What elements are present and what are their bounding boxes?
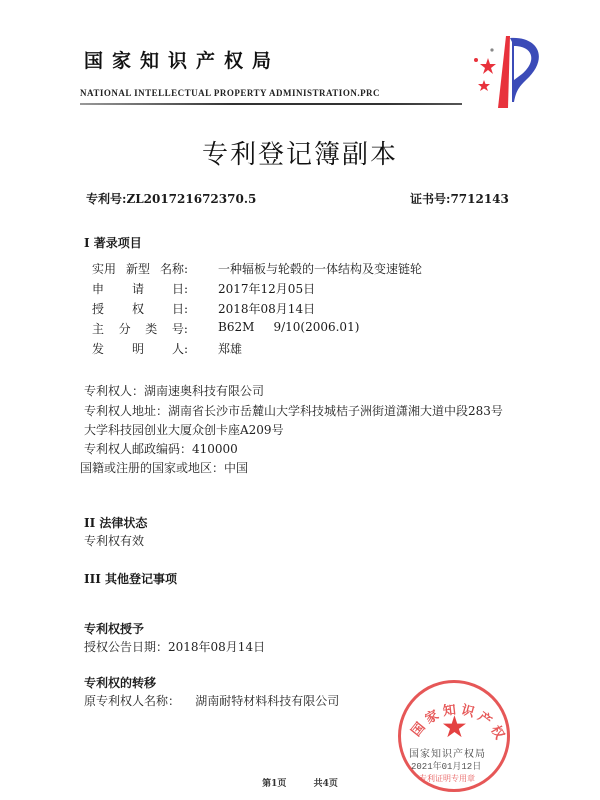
field-label: 申 请 日: (92, 280, 188, 297)
label-part: 号: (172, 320, 188, 337)
certificate-number-label: 证书号: (410, 192, 450, 206)
page-footer: 第1页 共4页 (0, 776, 600, 789)
label-part: 申 (92, 280, 104, 297)
label-part: 主 (92, 320, 104, 337)
inventor: 郑雄 (218, 340, 242, 357)
label-part: 发 (92, 340, 104, 357)
certificate-number-value: 7712143 (450, 192, 508, 206)
nationality: 国籍或注册的国家或地区：中国 (80, 459, 248, 476)
grant-heading: 专利权授予 (84, 620, 144, 637)
label-part: 日: (172, 280, 188, 297)
patent-number-value: ZL201721672370.5 (126, 192, 256, 206)
section1-heading: I 著录项目 (84, 234, 142, 251)
label-part: 新型 (126, 260, 150, 277)
patentee-address-cont: 大学科技园创业大厦众创卡座A209号 (84, 421, 284, 438)
page-total: 共4页 (314, 779, 338, 789)
label-part: 权 (132, 300, 144, 317)
grant-date: 2018年08月14日 (218, 300, 315, 317)
label-part: 日: (172, 300, 188, 317)
label-part: 人: (172, 340, 188, 357)
section3-heading: III 其他登记事项 (84, 570, 177, 587)
star-icon: ★ (441, 713, 468, 743)
label-part: 实用 (92, 260, 116, 277)
field-label: 主 分 类 号: (92, 320, 188, 337)
label-part: 明 (132, 340, 144, 357)
grant-announcement-date: 授权公告日期：2018年08月14日 (84, 638, 265, 655)
cnipa-logo-icon (468, 28, 548, 108)
document-title: 专利登记簿副本 (0, 134, 600, 171)
former-patentee: 原专利权人名称： 湖南耐特材料科技有限公司 (84, 692, 339, 709)
page-number: 第1页 (262, 779, 286, 789)
main-classification: B62M 9/10(2006.01) (218, 320, 359, 334)
header-divider (80, 103, 462, 105)
field-label: 发 明 人: (92, 340, 188, 357)
org-name-en: NATIONAL INTELLECTUAL PROPERTY ADMINISTR… (80, 88, 380, 98)
field-label: 实用 新型 名称: (92, 260, 188, 277)
label-part: 分 (119, 320, 131, 337)
legal-status: 专利权有效 (84, 532, 144, 549)
patent-number: 专利号:ZL201721672370.5 (86, 190, 256, 207)
label-part: 授 (92, 300, 104, 317)
org-name-cn: 国家知识产权局 (84, 46, 280, 73)
label-part: 请 (132, 280, 144, 297)
field-label: 授 权 日: (92, 300, 188, 317)
utility-model-name: 一种辐板与轮毂的一体结构及变速链轮 (218, 260, 422, 277)
label-part: 类 (145, 320, 157, 337)
patentee-postcode: 专利权人邮政编码：410000 (84, 440, 238, 457)
seal-date: 2021年01月12日 (411, 759, 481, 772)
patentee: 专利权人：湖南速奥科技有限公司 (84, 382, 264, 399)
label-part: 名称: (160, 260, 188, 277)
seal-line1: 国家知识产权局 (409, 745, 486, 760)
application-date: 2017年12月05日 (218, 280, 315, 297)
transfer-heading: 专利权的转移 (84, 674, 156, 691)
patentee-address: 专利权人地址：湖南省长沙市岳麓山大学科技城桔子洲街道潇湘大道中段283号 (84, 402, 503, 419)
section2-heading: II 法律状态 (84, 514, 147, 531)
certificate-number: 证书号:7712143 (410, 190, 509, 207)
patent-number-label: 专利号: (86, 192, 126, 206)
